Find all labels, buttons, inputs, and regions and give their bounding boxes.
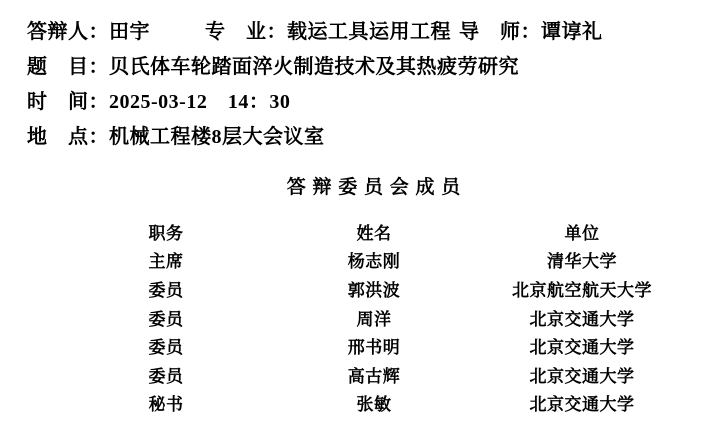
name-cell: 周洋 bbox=[270, 303, 478, 332]
major-value: 载运工具运用工程 bbox=[287, 21, 451, 43]
defender-value: 田宇 bbox=[109, 21, 150, 43]
affiliation-cell: 北京航空航天大学 bbox=[478, 274, 686, 303]
role-cell: 委员 bbox=[62, 360, 270, 389]
affiliation-cell: 北京交通大学 bbox=[478, 331, 686, 360]
advisor-value: 谭谆礼 bbox=[541, 21, 603, 43]
role-cell: 秘书 bbox=[62, 389, 270, 418]
committee-title: 答 辩 委 员 会 成 员 bbox=[62, 177, 686, 199]
column-header-affiliation: 单位 bbox=[478, 217, 686, 246]
committee-row: 委员 郭洪波 北京航空航天大学 bbox=[62, 274, 686, 303]
topic-value: 贝氏体车轮踏面淬火制造技术及其热疲劳研究 bbox=[109, 56, 519, 78]
major-label: 专 业： bbox=[205, 21, 287, 43]
column-header-name: 姓名 bbox=[270, 217, 478, 246]
role-cell: 委员 bbox=[62, 331, 270, 360]
time-label: 时 间： bbox=[27, 91, 109, 113]
location-label: 地 点： bbox=[27, 126, 109, 148]
committee-row: 委员 高古辉 北京交通大学 bbox=[62, 360, 686, 389]
role-cell: 委员 bbox=[62, 274, 270, 303]
info-line-people: 答辩人：田宇专 业：载运工具运用工程导 师：谭谆礼 bbox=[27, 15, 696, 50]
column-header-role: 职务 bbox=[62, 217, 270, 246]
committee-row: 秘书 张敏 北京交通大学 bbox=[62, 389, 686, 418]
defense-info-block: 答辩人：田宇专 业：载运工具运用工程导 师：谭谆礼 题 目：贝氏体车轮踏面淬火制… bbox=[27, 15, 696, 155]
name-cell: 杨志刚 bbox=[270, 246, 478, 275]
name-cell: 邢书明 bbox=[270, 331, 478, 360]
affiliation-cell: 清华大学 bbox=[478, 246, 686, 275]
committee-row: 主席 杨志刚 清华大学 bbox=[62, 246, 686, 275]
defender-label: 答辩人： bbox=[27, 21, 109, 43]
committee-table: 职务 姓名 单位 主席 杨志刚 清华大学 委员 郭洪波 北京航空航天大学 委员 … bbox=[62, 217, 686, 417]
advisor-label: 导 师： bbox=[459, 21, 541, 43]
info-line-time: 时 间：2025-03-12 14：30 bbox=[27, 85, 696, 120]
committee-row: 委员 周洋 北京交通大学 bbox=[62, 303, 686, 332]
location-value: 机械工程楼8层大会议室 bbox=[109, 126, 325, 148]
affiliation-cell: 北京交通大学 bbox=[478, 303, 686, 332]
info-line-topic: 题 目：贝氏体车轮踏面淬火制造技术及其热疲劳研究 bbox=[27, 50, 696, 85]
name-cell: 高古辉 bbox=[270, 360, 478, 389]
info-line-location: 地 点：机械工程楼8层大会议室 bbox=[27, 120, 696, 155]
defense-notice-page: 答辩人：田宇专 业：载运工具运用工程导 师：谭谆礼 题 目：贝氏体车轮踏面淬火制… bbox=[0, 0, 701, 430]
role-cell: 委员 bbox=[62, 303, 270, 332]
committee-header-row: 职务 姓名 单位 bbox=[62, 217, 686, 246]
name-cell: 郭洪波 bbox=[270, 274, 478, 303]
affiliation-cell: 北京交通大学 bbox=[478, 389, 686, 418]
time-value: 2025-03-12 14：30 bbox=[109, 91, 290, 113]
topic-label: 题 目： bbox=[27, 56, 109, 78]
committee-row: 委员 邢书明 北京交通大学 bbox=[62, 331, 686, 360]
role-cell: 主席 bbox=[62, 246, 270, 275]
name-cell: 张敏 bbox=[270, 389, 478, 418]
affiliation-cell: 北京交通大学 bbox=[478, 360, 686, 389]
